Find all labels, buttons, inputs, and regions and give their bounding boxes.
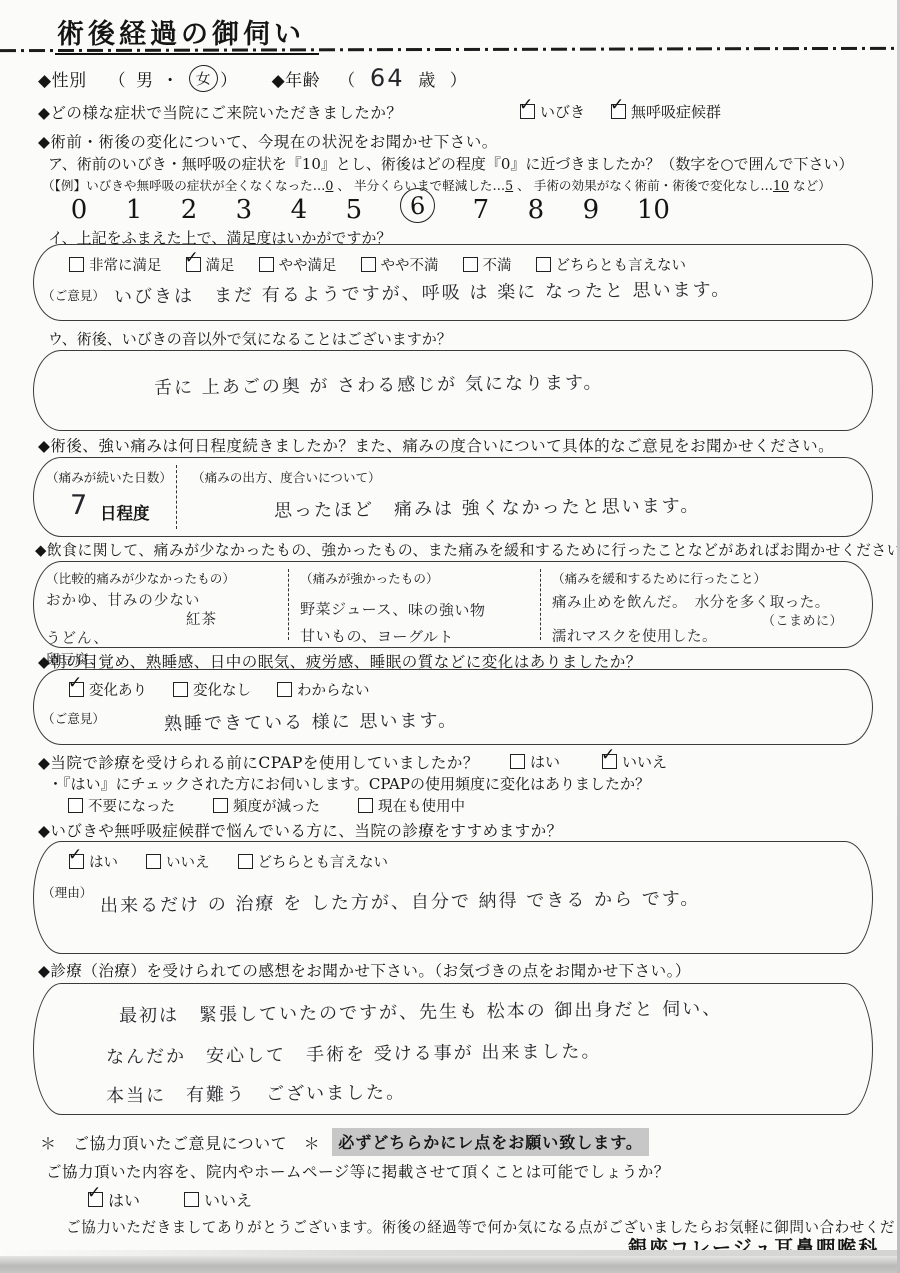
impressions-box: 最初は 緊張していたのですが、先生も 松本の 御出身だと 伺い、 なんだか 安心…: [33, 983, 873, 1115]
sleep-comment-handwriting: 熟睡できている 様に 思います。: [164, 706, 458, 736]
example-text: 、 手術の効果がなく術前・術後で変化なし…: [513, 178, 773, 193]
profile-row: ◆性別 （ 男 ・ 女 ） ◆年齢 （ 64 歳 ）: [38, 64, 467, 92]
diet-divider-1: [288, 569, 289, 640]
checkbox-label: いびき: [540, 101, 585, 122]
checkbox-label: やや不満: [381, 254, 439, 275]
checkbox-icon[interactable]: [510, 754, 525, 769]
option-manzoku[interactable]: 満足: [186, 254, 235, 275]
diet-col1-line: 紅茶: [186, 608, 282, 629]
footer-note-prefix: ＊ ご協力頂いたご意見について ＊: [40, 1131, 320, 1154]
sleep-options: 変化あり 変化なし わからない: [69, 679, 370, 700]
concerns-question: ウ、術後、いびきの音以外で気になることはございますか？: [48, 328, 452, 349]
age-label: ◆年齢: [272, 66, 321, 91]
pain-comment-handwriting: 思ったほど 痛みは 強くなかったと思います。: [274, 491, 701, 522]
checkbox-label: 非常に満足: [89, 254, 162, 275]
option-henka-nashi[interactable]: 変化なし: [173, 679, 251, 700]
option-susume-iie[interactable]: いいえ: [146, 851, 210, 872]
gender-paren-close: ）: [220, 66, 238, 91]
diet-col-relief: （痛みを緩和するために行ったこと） 痛み止めを飲んだ。 水分を多く取った。 （こ…: [552, 568, 864, 646]
scale-number-10[interactable]: 10: [637, 195, 670, 225]
diet-col2-line: 野菜ジュース、味の強い物: [300, 598, 534, 621]
diet-col1-line: うどん、: [46, 627, 282, 648]
example-value-5: 5: [505, 178, 513, 193]
diet-col3-line: 痛み止めを飲んだ。 水分を多く取った。: [552, 591, 864, 612]
checkbox-label: いいえ: [204, 1188, 252, 1211]
age-unit: 歳: [418, 66, 436, 91]
checkbox-icon[interactable]: [69, 257, 84, 272]
option-genzai-shiyochu[interactable]: 現在も使用中: [358, 795, 465, 816]
satisfaction-box: 非常に満足 満足 やや満足 やや不満 不満 どちらとも言えない （ご意見） いび…: [33, 244, 873, 321]
scale-number-7[interactable]: 7: [472, 195, 490, 225]
gender-option-male[interactable]: 男: [136, 66, 154, 91]
option-publish-hai[interactable]: はい: [88, 1188, 140, 1211]
impressions-line-handwriting: 最初は 緊張していたのですが、先生も 松本の 御出身だと 伺い、: [119, 994, 722, 1027]
example-text: など）: [789, 178, 831, 193]
checkbox-icon[interactable]: [358, 798, 373, 813]
checkbox-label: 現在も使用中: [378, 795, 465, 816]
page-title-wrap: 術後経過の御伺い: [55, 12, 319, 51]
scale-number-6: 6: [409, 191, 426, 220]
cpap-followup-question: ・『はい』にチェックされた方にお伺いします。CPAPの使用頻度に変化はありました…: [48, 773, 650, 794]
diet-col2-label: （痛みが強かったもの）: [300, 568, 534, 587]
footer-note-highlight: 必ずどちらかにレ点をお願い致します。: [332, 1128, 649, 1156]
scale-number-2[interactable]: 2: [180, 195, 198, 225]
scale-number-6-circled[interactable]: 6: [399, 187, 436, 224]
comment-label: （ご意見）: [42, 708, 105, 727]
checkbox-icon[interactable]: [213, 798, 228, 813]
checkbox-checked-icon[interactable]: [88, 1192, 103, 1207]
checkbox-label: 変化あり: [89, 679, 147, 700]
recommend-question: ◆いびきや無呼吸症候群で悩んでいる方に、当院の診療をすすめますか？: [38, 819, 563, 841]
gender-separator: ・: [162, 66, 180, 91]
checkbox-icon[interactable]: [536, 257, 551, 272]
diet-col1-label: （比較的痛みが少なかったもの）: [46, 568, 282, 587]
pain-days-value-handwriting: 7: [70, 490, 89, 521]
example-text: （【例】いびきや無呼吸の症状が全くなくなった…: [42, 178, 325, 193]
checkbox-label: 満足: [206, 254, 235, 275]
impressions-line-handwriting: 本当に 有難う ございました。: [106, 1078, 406, 1108]
option-publish-iie[interactable]: いいえ: [184, 1188, 252, 1211]
checkbox-label: 変化なし: [193, 679, 251, 700]
scale-number-9[interactable]: 9: [582, 195, 600, 225]
option-fuyo[interactable]: 不要になった: [68, 795, 175, 816]
severity-scale: 0 1 2 3 4 5 6 7 8 9 10: [70, 192, 670, 227]
checkbox-label: どちらとも言えない: [556, 254, 687, 275]
diet-divider-2: [540, 569, 541, 640]
option-henka-ari[interactable]: 変化あり: [69, 679, 147, 700]
checkbox-icon[interactable]: [68, 798, 83, 813]
checkbox-label: はい: [530, 751, 560, 772]
publish-question: ご協力頂いた内容を、院内やホームページ等に掲載させて頂くことは可能でしょうか？: [46, 1160, 670, 1182]
checkbox-icon[interactable]: [361, 257, 376, 272]
diet-question: ◆飲食に関して、痛みが少なかったもの、強かったもの、また痛みを緩和するために行っ…: [35, 539, 900, 560]
satisfaction-options: 非常に満足 満足 やや満足 やや不満 不満 どちらとも言えない: [69, 254, 686, 275]
checkbox-icon[interactable]: [463, 257, 478, 272]
satisfaction-comment-handwriting: いびきは まだ 有るようですが、呼吸 は 楽に なったと 思います。: [114, 275, 731, 309]
checkbox-label: 不満: [483, 254, 512, 275]
checkbox-label: はい: [108, 1188, 140, 1211]
publish-options: はい いいえ: [88, 1188, 252, 1211]
option-susume-hai[interactable]: はい: [69, 851, 118, 872]
scale-number-8[interactable]: 8: [527, 195, 545, 225]
checkbox-label: 頻度が減った: [233, 795, 320, 816]
gender-label: ◆性別: [38, 66, 87, 91]
option-yaya-manzoku[interactable]: やや満足: [259, 254, 337, 275]
option-fuman[interactable]: 不満: [463, 254, 512, 275]
gender-option-female-circled[interactable]: 女: [188, 64, 219, 93]
change-heading: ◆術前・術後の変化について、今現在の状況をお聞かせ下さい。: [38, 130, 498, 152]
checkbox-checked-icon[interactable]: [611, 104, 626, 119]
checkbox-label: いいえ: [166, 851, 210, 872]
checkbox-checked-icon[interactable]: [69, 854, 84, 869]
diet-col2-line: 甘いもの、ヨーグルト: [300, 625, 534, 648]
cpap-followup-options: 不要になった 頻度が減った 現在も使用中: [68, 795, 465, 816]
change-sub-a: ア、術前のいびき・無呼吸の症状を『10』とし、術後はどの程度『0』に近づきました…: [48, 153, 854, 174]
diet-box: （比較的痛みが少なかったもの） おかゆ、甘みの少ない 紅茶 うどん、 卵豆腐、 …: [33, 561, 873, 648]
impressions-line-handwriting: なんだか 安心して 手術を 受ける事が 出来ました。: [106, 1037, 602, 1069]
diet-col1-line: おかゆ、甘みの少ない: [46, 589, 282, 610]
checkbox-label: やや満足: [279, 254, 337, 275]
option-wakaranai[interactable]: わからない: [277, 679, 370, 700]
age-paren-open: （: [338, 66, 356, 91]
checkbox-label: いいえ: [622, 751, 667, 772]
scale-number-5[interactable]: 5: [345, 195, 363, 225]
recommend-box: はい いいえ どちらとも言えない （理由） 出来るだけ の 治療 を した方が、…: [33, 841, 873, 954]
checkbox-icon[interactable]: [146, 854, 161, 869]
symptoms-question: ◆どの様な症状で当院にご来院いただきましたか？: [38, 101, 402, 123]
pain-days-label: （痛みが続いた日数）: [46, 467, 172, 486]
scan-artifact-band: [0, 1256, 900, 1273]
option-cpap-iie[interactable]: いいえ: [602, 751, 667, 772]
scale-number-0[interactable]: 0: [70, 195, 88, 225]
sleep-box: 変化あり 変化なし わからない （ご意見） 熟睡できている 様に 思います。: [33, 669, 873, 745]
cpap-question: ◆当院で診療を受けられる前にCPAPを使用していましたか？: [38, 751, 479, 773]
option-hindo-hetta[interactable]: 頻度が減った: [213, 795, 320, 816]
age-value: 64: [370, 64, 405, 92]
option-hijoni-manzoku[interactable]: 非常に満足: [69, 254, 162, 275]
checkbox-icon[interactable]: [173, 682, 188, 697]
option-yaya-fuman[interactable]: やや不満: [361, 254, 439, 275]
option-susume-dochira[interactable]: どちらとも言えない: [238, 851, 389, 872]
scale-number-3[interactable]: 3: [235, 195, 253, 225]
checkbox-icon[interactable]: [277, 682, 292, 697]
age-paren-close: ）: [450, 66, 468, 91]
checkbox-label: どちらとも言えない: [258, 851, 389, 872]
footer-note-row: ＊ ご協力頂いたご意見について ＊ 必ずどちらかにレ点をお願い致します。: [40, 1128, 649, 1156]
example-value-10: 10: [773, 178, 789, 193]
pain-detail-label: （痛みの出方、度合いについて）: [192, 467, 381, 486]
diet-col-painful: （痛みが強かったもの） 野菜ジュース、味の強い物 甘いもの、ヨーグルト: [300, 568, 534, 647]
questionnaire-page: 術後経過の御伺い ◆性別 （ 男 ・ 女 ） ◆年齢 （ 64 歳 ） ◆どの様…: [0, 0, 900, 1273]
checkbox-checked-icon[interactable]: [520, 104, 535, 119]
scale-number-4[interactable]: 4: [290, 195, 308, 225]
checkbox-label: はい: [89, 851, 118, 872]
reason-label: （理由）: [42, 882, 92, 901]
pain-question: ◆術後、強い痛みは何日程度続きましたか？また、痛みの度合いについて具体的なご意見…: [38, 434, 834, 456]
checkbox-label: わからない: [297, 679, 370, 700]
checkbox-checked-icon[interactable]: [186, 257, 201, 272]
option-dochira[interactable]: どちらとも言えない: [536, 254, 687, 275]
recommend-reason-handwriting: 出来るだけ の 治療 を した方が、自分で 納得 できる から です。: [100, 884, 701, 917]
cpap-options: はい いいえ: [510, 751, 667, 772]
checkbox-icon[interactable]: [238, 854, 253, 869]
concerns-box: 舌に 上あごの奥 が さわる感じが 気になります。: [33, 350, 873, 431]
pain-box: （痛みが続いた日数） 7 日程度 （痛みの出方、度合いについて） 思ったほど 痛…: [33, 457, 873, 537]
impressions-question: ◆診療（治療）を受けられての感想をお聞かせ下さい。（お気づきの点をお聞かせ下さい…: [38, 959, 691, 981]
option-cpap-hai[interactable]: はい: [510, 751, 560, 772]
symptom-option-mukokyu[interactable]: 無呼吸症候群: [611, 101, 721, 122]
scale-number-1[interactable]: 1: [125, 195, 143, 225]
comment-label: （ご意見）: [42, 285, 105, 304]
checkbox-label: 無呼吸症候群: [631, 101, 721, 122]
symptom-option-ibiki[interactable]: いびき: [520, 101, 585, 122]
checkbox-checked-icon[interactable]: [602, 754, 617, 769]
checkbox-icon[interactable]: [259, 257, 274, 272]
concerns-comment-handwriting: 舌に 上あごの奥 が さわる感じが 気になります。: [154, 368, 604, 399]
gender-paren-open: （: [109, 66, 127, 91]
checkbox-icon[interactable]: [184, 1192, 199, 1207]
checkbox-label: 不要になった: [88, 795, 175, 816]
pain-days-unit: 日程度: [100, 500, 150, 524]
recommend-options: はい いいえ どちらとも言えない: [69, 851, 388, 872]
pain-divider: [176, 465, 177, 529]
gender-option-female: 女: [195, 67, 212, 89]
diet-col3-label: （痛みを緩和するために行ったこと）: [552, 568, 864, 587]
checkbox-checked-icon[interactable]: [69, 682, 84, 697]
symptoms-options: いびき 無呼吸症候群: [520, 101, 721, 122]
